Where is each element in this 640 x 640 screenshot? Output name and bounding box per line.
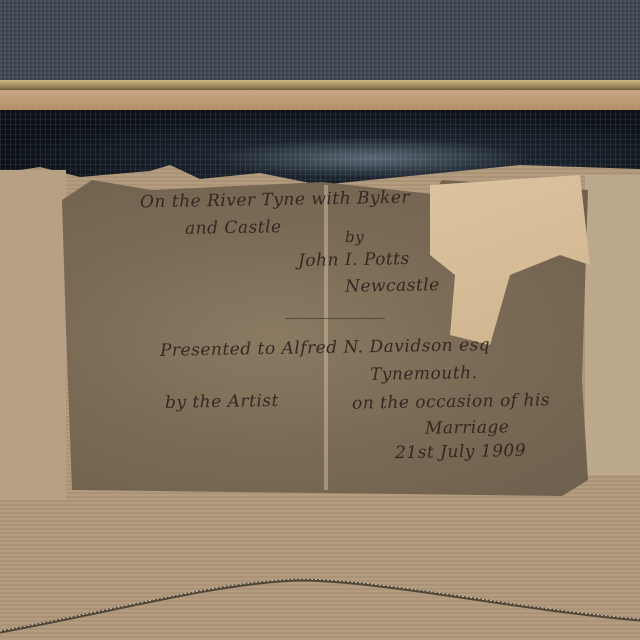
label-divider [285,318,385,319]
label-line-city: Newcastle [345,275,440,297]
label-line-date: 21st July 1909 [395,441,526,463]
label-line-marriage: Marriage [425,417,510,438]
paper-strip-left [0,170,66,500]
wall-background [0,0,640,82]
gilt-frame-edge [0,80,640,90]
label-line-place: Tynemouth. [370,363,478,385]
label-line-by-artist: by the Artist [165,391,279,413]
label-line-by: by [345,228,364,246]
frame-wood-edge [0,90,640,111]
label-line-subtitle: and Castle [185,217,282,239]
label-line-occasion: on the occasion of his [352,390,550,413]
label-line-artist: John I. Potts [298,249,410,271]
hanging-wire [0,570,640,640]
paper-strip-right [585,175,640,475]
